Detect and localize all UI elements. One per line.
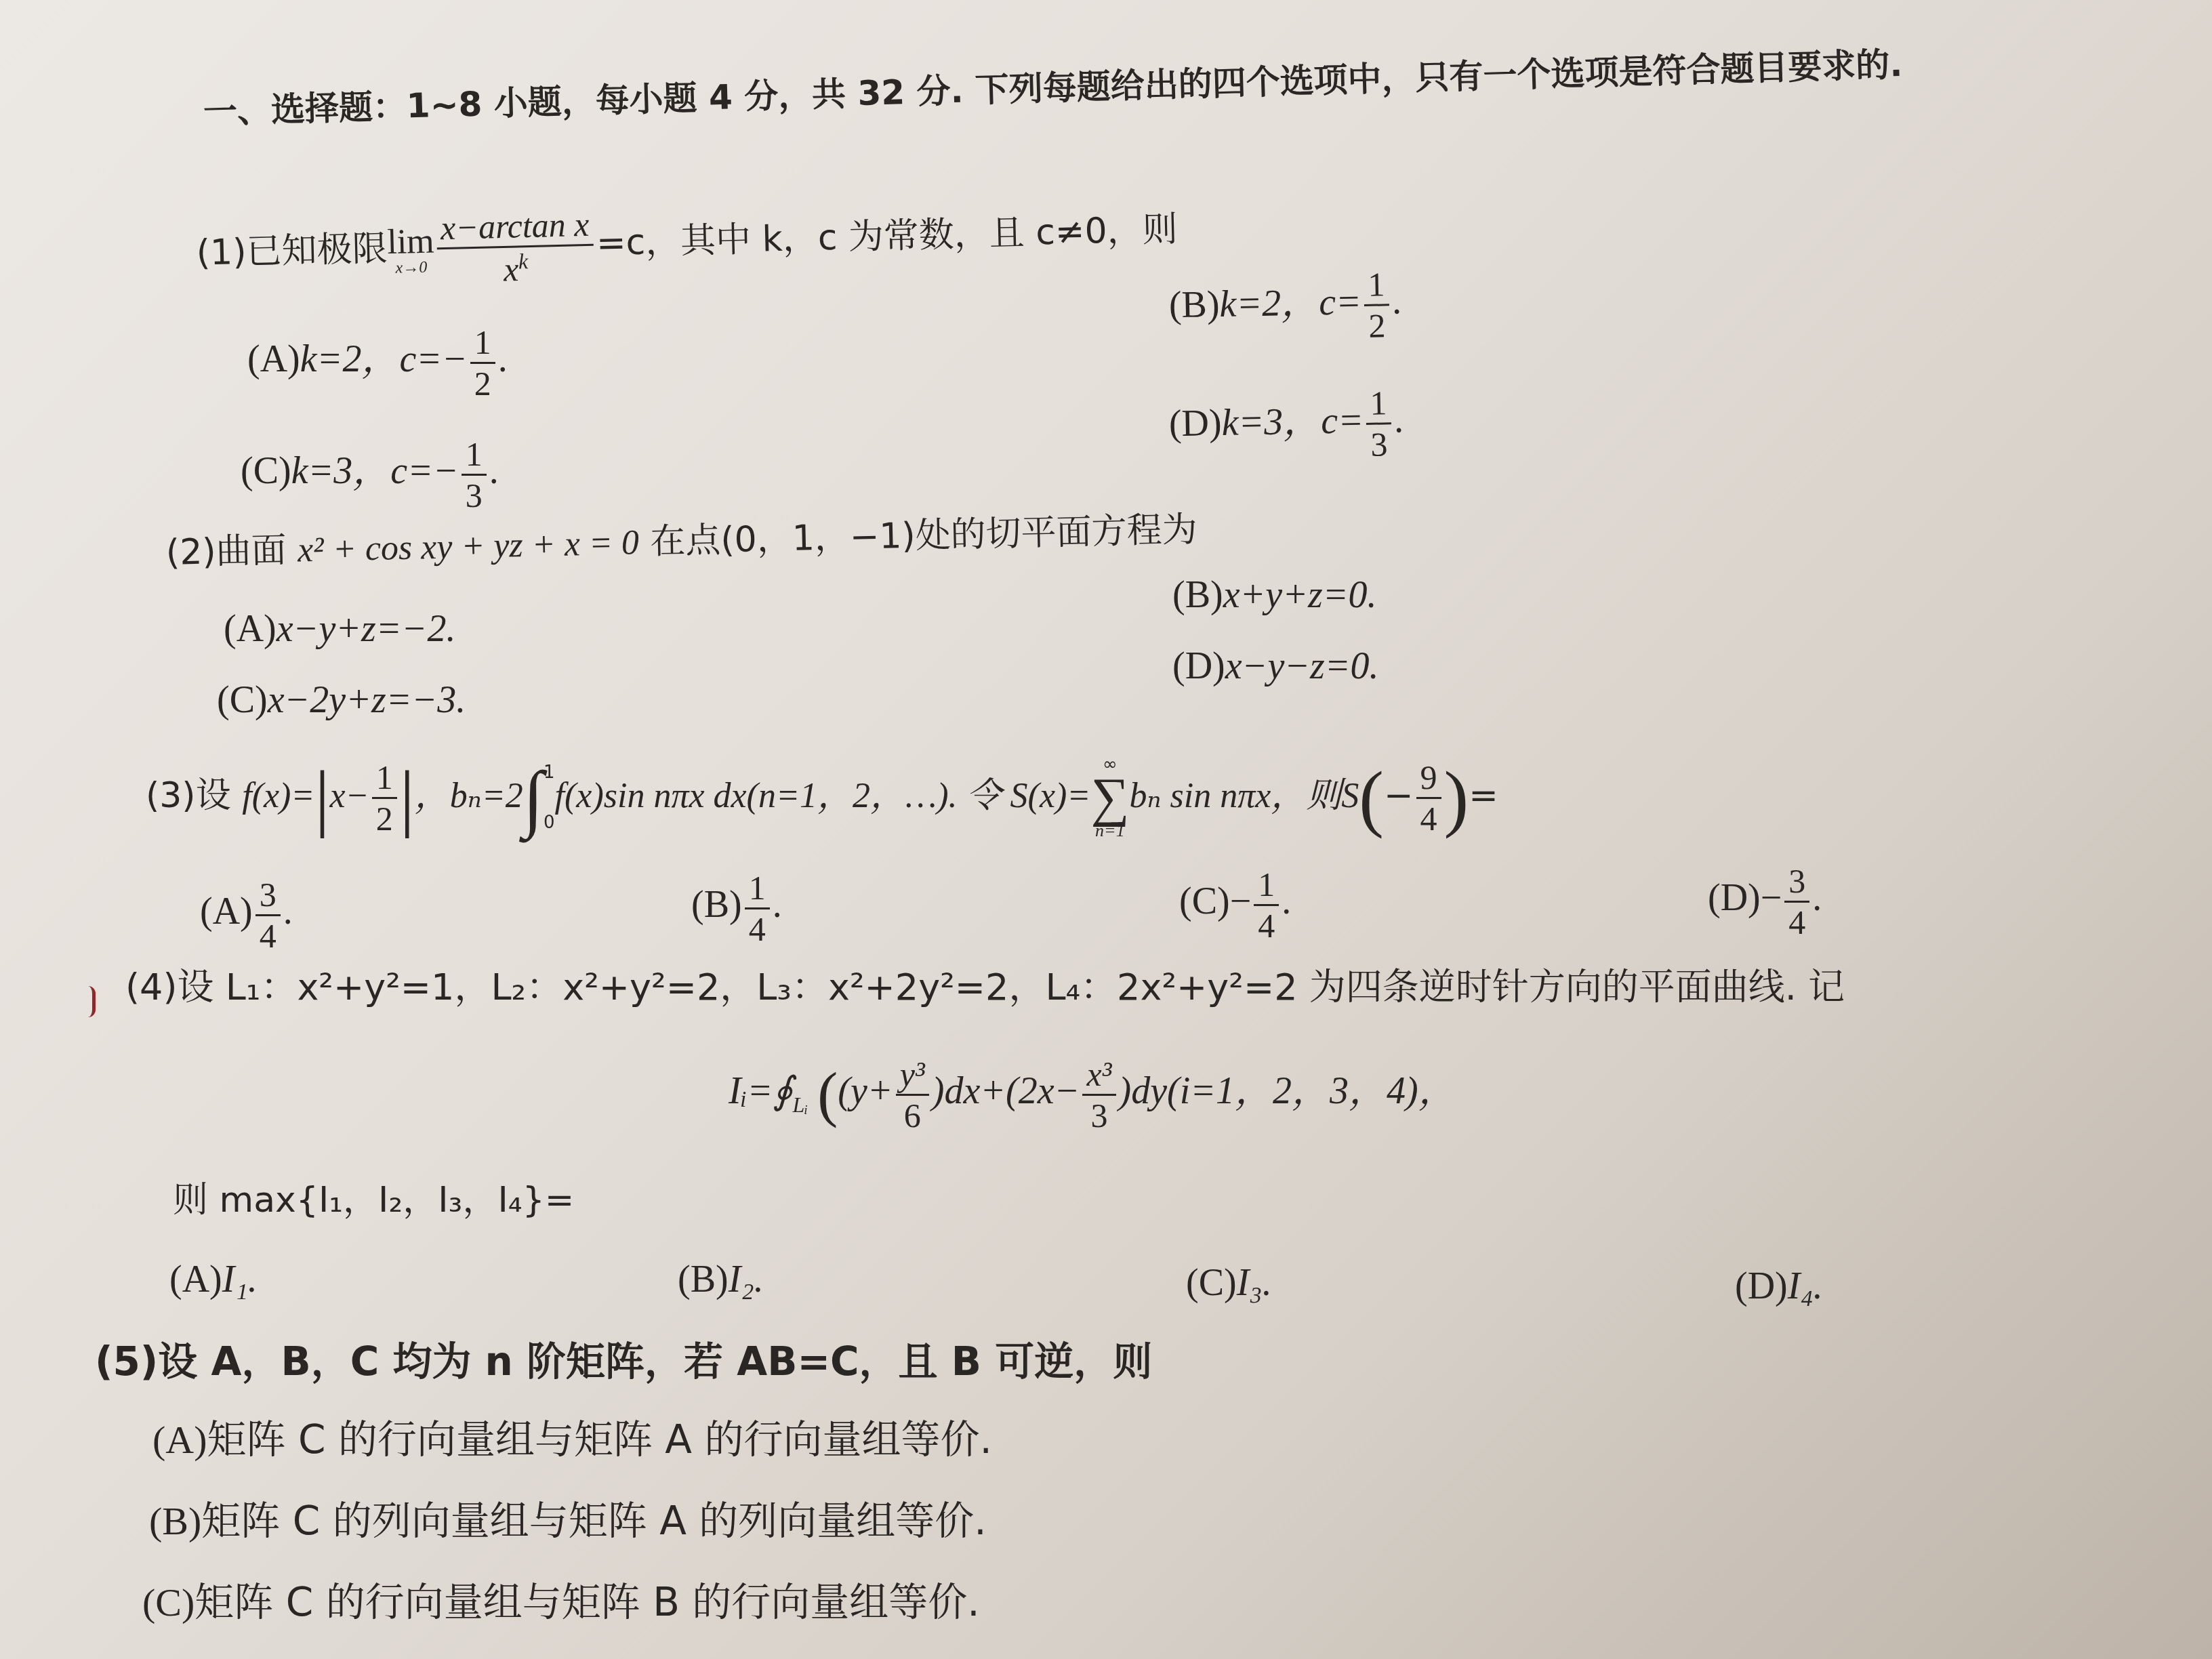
q3-arg-sign: − (1384, 775, 1414, 816)
q3-f-def: f(x)= (242, 777, 314, 815)
frac-num: 9 (1416, 760, 1441, 799)
option-text: x−y+z=−2. (276, 608, 456, 650)
frac-den: 4 (1420, 799, 1437, 836)
q3-option-b[interactable]: (B)14. (691, 871, 782, 946)
q1-option-a[interactable]: (A)k=2，c=−12. (247, 325, 508, 401)
q1-suffix: =c，其中 k，c 为常数，且 c≠0，则 (596, 209, 1178, 264)
section-header: 一、选择题：1~8 小题，每小题 4 分，共 32 分. 下列每题给出的四个选项… (203, 47, 1903, 129)
option-label: (B) (149, 1499, 201, 1543)
q3-option-d[interactable]: (D)−34. (1708, 864, 1822, 939)
q1-fraction: x−arctan xxk (436, 207, 595, 288)
pen-mark (88, 986, 96, 1017)
q1-exponent: k (518, 249, 529, 273)
question-5-stem: (5)设 A，B，C 均为 n 阶矩阵，若 AB=C，且 B 可逆，则 (95, 1342, 1152, 1381)
q3-option-a[interactable]: (A)34. (200, 878, 293, 953)
integral-upper: 1 (544, 764, 555, 781)
q4-option-b[interactable]: (B)I₂. (678, 1261, 764, 1298)
option-label: (B) (678, 1258, 729, 1300)
option-text: x−y−z=0. (1225, 645, 1379, 687)
q3-abs-inner: x− (329, 777, 369, 815)
option-label: (B) (691, 884, 742, 926)
sum-lower: n=1 (1095, 822, 1125, 840)
frac-num: 1 (462, 437, 487, 476)
option-label: (D) (1708, 877, 1761, 919)
option-text: k=3，c=− (291, 450, 459, 492)
frac-den: 2 (376, 799, 393, 836)
option-label: (D) (1172, 645, 1225, 687)
option-label: (D) (1168, 402, 1222, 445)
option-sign: − (1230, 880, 1252, 922)
q1-lim: lim (387, 224, 435, 260)
q4-option-c[interactable]: (C)I₃. (1186, 1264, 1272, 1302)
option-end: . (283, 890, 293, 933)
frac-num: 1 (470, 325, 495, 364)
option-label: (B) (1168, 283, 1220, 326)
option-text: x+y+z=0. (1223, 574, 1377, 616)
q4-option-a[interactable]: (A)I₁. (169, 1261, 258, 1298)
abs-bar-left: | (314, 756, 329, 839)
q1-prefix: (1)已知极限 (196, 228, 388, 274)
q5-option-c[interactable]: (C)矩阵 C 的行向量组与矩阵 B 的行向量组等价. (142, 1582, 980, 1622)
question-1-stem: (1)已知极限limx→0x−arctan xxk=c，其中 k，c 为常数，且… (196, 193, 1179, 294)
option-end: . (1391, 280, 1401, 322)
frac-num: 1 (1254, 867, 1279, 906)
frac-num: 1 (1366, 386, 1391, 425)
option-text: I₃. (1237, 1262, 1272, 1304)
exam-page: 一、选择题：1~8 小题，每小题 4 分，共 32 分. 下列每题给出的四个选项… (0, 0, 2212, 1659)
option-text: 矩阵 C 的列向量组与矩阵 A 的列向量组等价. (201, 1498, 986, 1544)
option-label: (A) (169, 1258, 222, 1300)
frac-num: 1 (1364, 267, 1389, 306)
option-end: . (1393, 398, 1404, 441)
integral-lower: 0 (544, 814, 555, 832)
q4-part2: )dx+(2x− (932, 1070, 1080, 1112)
option-label: (A) (200, 890, 253, 933)
frac-num: x³ (1082, 1057, 1115, 1096)
q2-suffix: 在点(0，1，−1)处的切平面方程为 (638, 509, 1197, 562)
q1-option-d[interactable]: (D)k=3，c=13. (1168, 386, 1404, 465)
option-label: (B) (1172, 574, 1223, 616)
q3-end: = (1469, 775, 1498, 816)
frac-num: 1 (372, 760, 397, 799)
option-text: 矩阵 C 的行向量组与矩阵 B 的行向量组等价. (194, 1579, 979, 1625)
frac-den: 4 (749, 909, 766, 946)
frac-den: 3 (1091, 1096, 1108, 1132)
q1-lim-sub: x→0 (395, 260, 427, 276)
option-text: I₂. (729, 1258, 764, 1300)
frac-num: 3 (1784, 864, 1809, 903)
paren-left: ( (1359, 756, 1384, 839)
frac-den: 6 (904, 1096, 921, 1132)
q5-option-a[interactable]: (A)矩阵 C 的行向量组与矩阵 A 的行向量组等价. (152, 1420, 992, 1460)
option-end: . (489, 450, 499, 492)
q2-equation: x² + cos xy + yz + x = 0 (298, 523, 640, 569)
question-4-stem: (4)设 L₁：x²+y²=1，L₂：x²+y²=2，L₃：x²+2y²=2，L… (125, 969, 1845, 1006)
q4-part1: (y+ (838, 1070, 893, 1112)
q3-sum-term: bₙ sin nπx，则S (1129, 777, 1359, 815)
q1-numerator: x−arctan x (436, 207, 594, 250)
q4-stem-tail: 则 max{I₁，I₂，I₃，I₄}= (173, 1183, 574, 1218)
question-3-stem: (3)设 f(x)=|x−12|，bₙ=2∫10f(x)sin nπx dx(n… (146, 756, 1498, 840)
frac-den: 2 (474, 364, 491, 401)
frac-den: 2 (1368, 306, 1386, 342)
q3-bn-def: ，bₙ=2 (415, 777, 523, 815)
option-text: I₄. (1788, 1265, 1823, 1307)
option-label: (A) (247, 338, 300, 380)
q2-option-b[interactable]: (B)x+y+z=0. (1172, 576, 1377, 614)
option-label: (C) (1186, 1262, 1237, 1304)
frac-den: 3 (1370, 424, 1388, 461)
option-text: k=2，c=− (300, 338, 468, 380)
q4-option-d[interactable]: (D)I₄. (1735, 1267, 1823, 1305)
frac-num: 1 (745, 871, 770, 909)
q3-integrand: f(x)sin nπx dx(n=1，2，…). 令 S(x)= (555, 777, 1091, 815)
option-end: . (498, 338, 508, 380)
option-text: k=3，c= (1221, 399, 1364, 444)
q2-option-d[interactable]: (D)x−y−z=0. (1172, 647, 1379, 685)
integral-icon: ∫ (523, 760, 544, 835)
option-sign: − (1761, 877, 1782, 919)
frac-num: 3 (255, 878, 281, 916)
option-label: (C) (1179, 880, 1230, 922)
q1-option-c[interactable]: (C)k=3，c=−13. (241, 437, 499, 512)
frac-den: 4 (1788, 903, 1805, 939)
q5-option-b[interactable]: (B)矩阵 C 的列向量组与矩阵 A 的列向量组等价. (149, 1501, 987, 1541)
q4-contour-sub: Lᵢ (792, 1092, 808, 1117)
option-label: (A) (152, 1418, 207, 1462)
q4-part3: )dy(i=1，2，3，4)， (1119, 1070, 1456, 1112)
option-end: . (1282, 880, 1291, 922)
option-end: . (773, 884, 782, 926)
q2-prefix: (2)曲面 (165, 530, 298, 573)
question-2-stem: (2)曲面 x² + cos xy + yz + x = 0 在点(0，1，−1… (165, 512, 1197, 571)
abs-bar-right: | (400, 756, 415, 839)
q3-prefix: (3)设 (146, 775, 242, 816)
q3-option-c[interactable]: (C)−14. (1179, 867, 1291, 943)
q4-lhs: Iᵢ=∮ (729, 1070, 792, 1112)
q2-option-a[interactable]: (A)x−y+z=−2. (224, 610, 455, 648)
frac-den: 4 (260, 916, 276, 953)
paren-right: ) (1444, 756, 1469, 839)
option-label: (D) (1735, 1265, 1788, 1307)
option-text: 矩阵 C 的行向量组与矩阵 A 的行向量组等价. (207, 1416, 992, 1462)
option-label: (C) (241, 450, 291, 492)
q1-denominator: x (503, 250, 519, 289)
q2-option-c[interactable]: (C)x−2y+z=−3. (217, 681, 466, 719)
frac-den: 4 (1258, 906, 1275, 943)
paren-left: ( (817, 1061, 838, 1128)
option-end: . (1812, 877, 1822, 919)
option-label: (A) (224, 608, 276, 650)
option-text: k=2，c= (1219, 281, 1361, 325)
option-text: I₁. (222, 1258, 258, 1300)
option-label: (C) (217, 679, 268, 721)
frac-den: 3 (466, 476, 483, 512)
sum-icon: ∑ (1090, 773, 1129, 822)
q4-formula: Iᵢ=∮Lᵢ ((y+y³6)dx+(2x−x³3)dy(i=1，2，3，4)， (729, 1057, 1456, 1132)
frac-num: y³ (896, 1057, 929, 1096)
q1-option-b[interactable]: (B)k=2，c=12. (1168, 267, 1402, 346)
option-label: (C) (142, 1580, 194, 1624)
option-text: x−2y+z=−3. (268, 679, 466, 721)
